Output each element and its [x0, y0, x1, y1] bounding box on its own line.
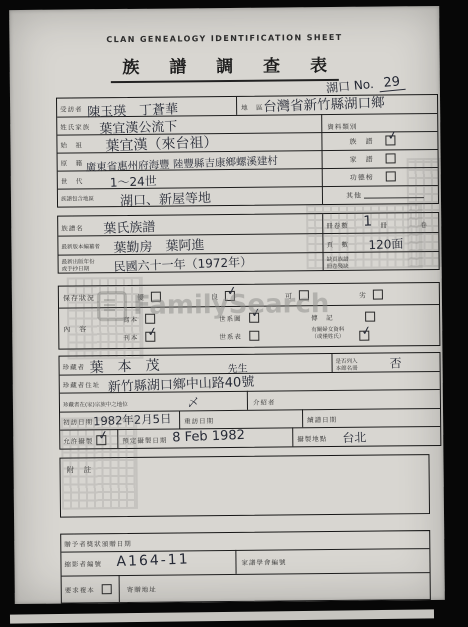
award-date-label: 贈予者獎狀頒贈日期 [64, 539, 132, 549]
category-header: 資料類別 [327, 122, 357, 131]
continue-label: 續譜日期 [307, 415, 337, 424]
book-name-value: 葉氏族譜 [103, 216, 156, 237]
generations-label: 世 代 [61, 176, 84, 185]
checkbox-fair [299, 290, 309, 300]
filmer-no-label: 縮影者編號 [64, 559, 102, 568]
ancestor-value: 葉宜漢（來台祖） [105, 132, 218, 156]
archive-stamp-watermark [61, 417, 138, 510]
origin-label: 原 籍 [61, 158, 84, 167]
film-place-label: 攝製地點 [297, 434, 327, 443]
film-date-value: 8 Feb 1982 [172, 428, 245, 446]
form-title: 族 譜 調 查 表 [110, 51, 339, 83]
col-divider [302, 409, 303, 427]
checkmark-women-data: ✓ [360, 323, 372, 339]
clan-label: 姓氏家族 [60, 122, 90, 131]
society-no-label: 家譜學會編號 [241, 557, 286, 566]
row-divider [62, 572, 430, 577]
col-divider [236, 97, 237, 115]
coverage-label: 族譜包含地區 [61, 194, 94, 202]
checkbox-copy-request [102, 584, 112, 594]
checkmark-genealogy: ✓ [386, 128, 398, 144]
col-divider [119, 575, 120, 602]
holder-label: 珍藏者 [63, 362, 86, 371]
coverage-value: 湖口、新屋等地 [120, 187, 212, 209]
info-table: 受訪者 陳玉瑛 丁蒼華 地 區 台灣省新竹縣湖口鄉 姓氏家族 葉宜漢公流下 始 … [56, 94, 439, 208]
category-option-label: 家 譜 [350, 155, 374, 165]
introducer-label: 介紹者 [253, 398, 276, 407]
archive-stamp-watermark [306, 204, 423, 269]
position-label: 珍藏者在(家)宗族中之地位 [63, 400, 128, 409]
checkbox-pedigree-table [249, 331, 259, 341]
col-divider [331, 354, 332, 372]
pubdate-label-line2: 或手抄日期 [62, 264, 90, 272]
checkmark-pedigree-chart: ✓ [250, 305, 262, 321]
condition-option-label: 可 [285, 291, 293, 301]
film-place-value: 台北 [342, 428, 367, 446]
checkbox-poor [373, 290, 383, 300]
category-option-label: 功德榜 [350, 173, 374, 183]
interviewee-label: 受訪者 [60, 104, 83, 113]
english-header: CLAN GENEALOGY IDENTIFICATION SHEET [9, 32, 439, 45]
pubdate-value: 民國六十一年（1972年） [113, 253, 252, 275]
admin-table: 贈予者獎狀頒贈日期 縮影者編號 A164-11 家譜學會編號 要求複本 寄贈地址 [60, 530, 431, 604]
generations-value: 1～24世 [110, 172, 157, 191]
position-mark: 乄 [188, 394, 200, 410]
compiler-value: 葉勤房 葉阿進 [113, 234, 205, 256]
condition-option-label: 劣 [359, 291, 367, 301]
checkbox-biography [365, 312, 375, 322]
biography-label: 傳 記 [311, 313, 334, 322]
pedigree-table-label: 世系表 [219, 332, 242, 341]
listed-value: 否 [389, 354, 402, 371]
women-data-label-line2: （或僅姓氏） [311, 332, 344, 340]
checkbox-family-record [386, 153, 396, 163]
mail-address-label: 寄贈地址 [127, 585, 157, 594]
origin-value: 廣東省惠州府海豐 陸豐縣吉康鄉螺溪建村 [85, 153, 278, 175]
copy-request-label: 要求複本 [65, 585, 95, 594]
book-name-label: 族譜名 [61, 223, 84, 232]
row-divider [61, 548, 429, 553]
category-option-label: 族 譜 [349, 137, 373, 147]
scan-edge-strip [10, 609, 434, 623]
checkbox-excellent [151, 292, 161, 302]
ancestor-label: 始 祖 [60, 140, 83, 149]
checkbox-merit-list [386, 171, 396, 181]
checkbox-manuscript [145, 314, 155, 324]
col-divider [247, 391, 248, 410]
serial-no-value: 29 [378, 74, 405, 92]
filmer-no-value: A164-11 [116, 551, 190, 570]
genealogy-form-paper: CLAN GENEALOGY IDENTIFICATION SHEET 族 譜 … [9, 6, 445, 604]
col-divider [179, 410, 180, 428]
col-divider [321, 114, 323, 204]
address-label: 珍藏者住址 [63, 380, 101, 389]
scanned-document-background: CLAN GENEALOGY IDENTIFICATION SHEET 族 譜 … [0, 0, 468, 627]
category-other-label: 其他 [346, 191, 362, 201]
archive-stamp-watermark [67, 277, 144, 360]
col-divider [292, 427, 293, 446]
condition-option-label: 良 [211, 292, 219, 302]
col-divider [235, 550, 236, 574]
compiler-label: 最新版本編纂者 [61, 242, 100, 250]
area-label: 地 區 [241, 103, 264, 112]
area-value: 台灣省新竹縣湖口鄉 [263, 91, 385, 115]
checkmark-good: ✓ [226, 283, 238, 299]
revisit-label: 重訪日期 [184, 416, 214, 425]
pedigree-chart-label: 世系圖 [219, 314, 242, 323]
listed-label-line2: 本館名冊 [336, 364, 358, 372]
checkmark-printed: ✓ [146, 324, 158, 340]
